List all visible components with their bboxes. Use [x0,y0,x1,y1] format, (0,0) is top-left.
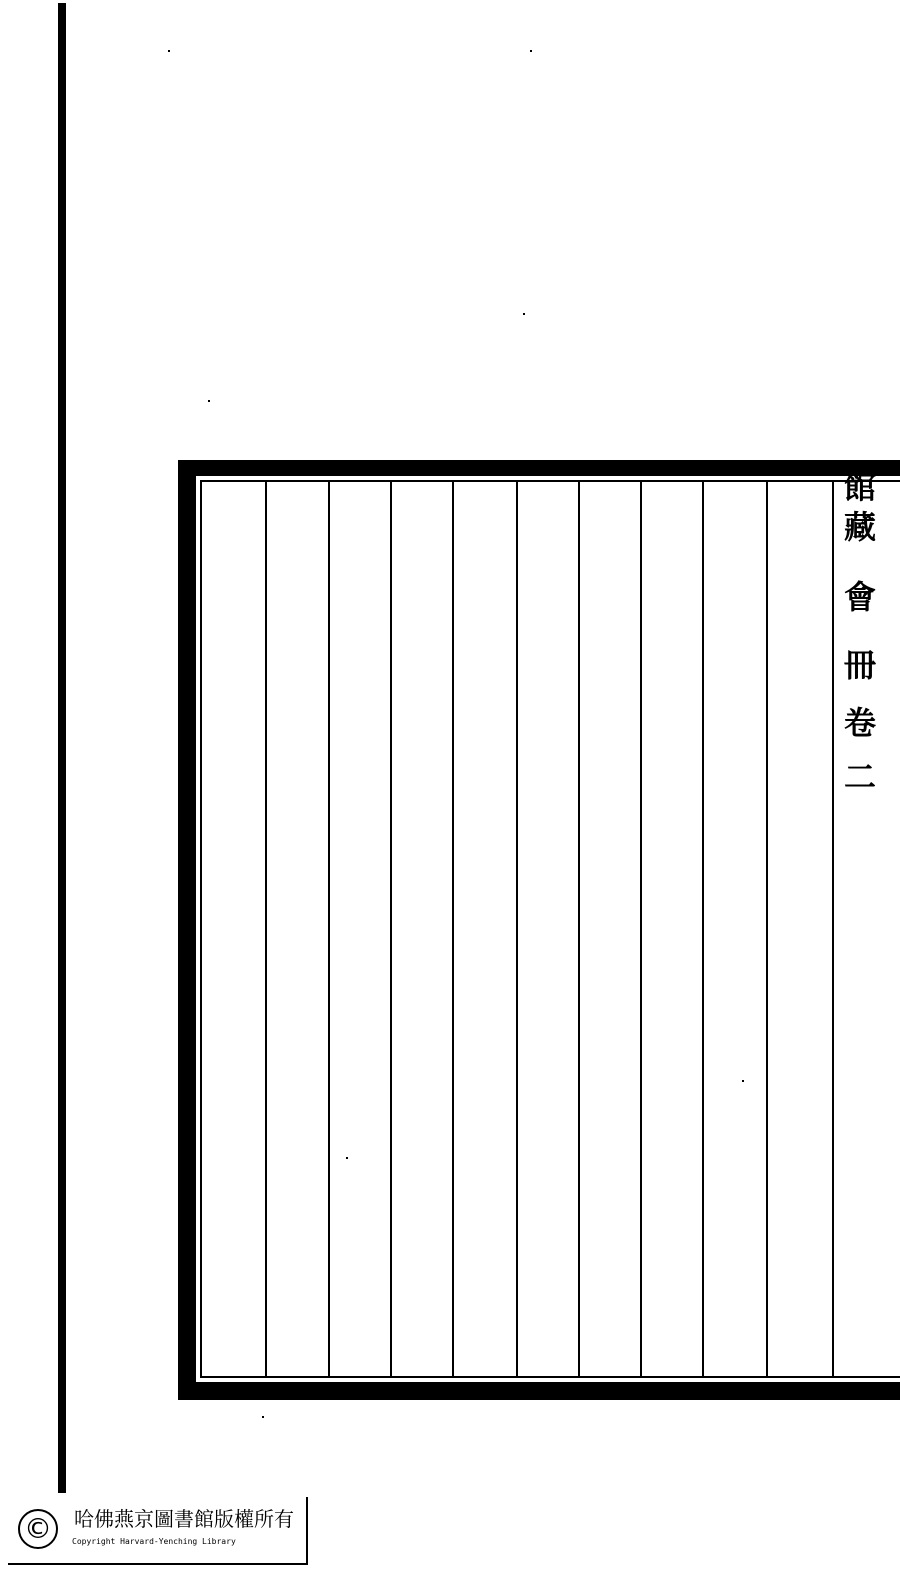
glyph: 卷 [838,706,876,738]
glyph: 冊 [838,648,876,680]
margin-text-column: 館 藏 會 冊 卷 二 [838,470,878,1370]
scan-speck [168,50,170,52]
scan-speck [262,1416,264,1418]
copyright-chinese: 哈佛燕京圖書館版權所有 [74,1503,294,1532]
column-divider [516,480,518,1378]
column-divider [328,480,330,1378]
scan-speck [346,1157,348,1159]
page-border-inner [200,480,900,1378]
scan-speck [530,50,532,52]
scan-speck [523,313,525,315]
column-divider [640,480,642,1378]
scan-speck [208,400,210,402]
column-divider [265,480,267,1378]
glyph: 藏 [838,510,876,542]
glyph: 二 [838,760,876,792]
column-divider [832,480,834,1378]
column-divider [766,480,768,1378]
column-divider [390,480,392,1378]
scan-speck [742,1080,744,1082]
glyph: 館 [838,470,876,502]
column-divider [578,480,580,1378]
glyph: 會 [838,580,876,612]
copyright-icon: © [18,1509,58,1549]
copyright-english: Copyright Harvard-Yenching Library [72,1537,236,1546]
copyright-stamp: © 哈佛燕京圖書館版權所有 Copyright Harvard-Yenching… [8,1497,308,1565]
book-spine-line [58,3,66,1493]
column-divider [702,480,704,1378]
column-divider [452,480,454,1378]
